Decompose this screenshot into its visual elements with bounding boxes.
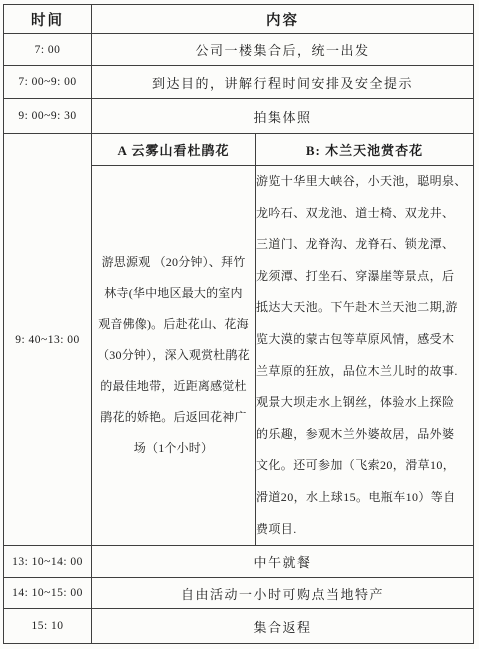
content-cell: 集合返程: [92, 609, 474, 644]
time-cell: 9: 00~9: 30: [4, 99, 92, 134]
option-b-description: 游览十华里大峡谷，小天池，聪明泉、 龙吟石、双龙池、道士椅、双龙井、 三道门、龙…: [256, 166, 474, 546]
itinerary-table: 时间 内容 7: 00 公司一楼集合后，统一出发 7: 00~9: 00 到达目…: [3, 4, 474, 644]
table-row: 9: 00~9: 30 拍集体照: [4, 99, 474, 134]
time-cell: 15: 10: [4, 609, 92, 644]
table-row: 13: 10~14: 00 中午就餐: [4, 546, 474, 578]
content-column-header: 内容: [92, 5, 474, 34]
time-cell: 13: 10~14: 00: [4, 546, 92, 578]
table-row: 14: 10~15: 00 自由活动一小时可购点当地特产: [4, 578, 474, 609]
table-row: 7: 00~9: 00 到达目的，讲解行程时间安排及安全提示: [4, 66, 474, 99]
itinerary-document-page: 时间 内容 7: 00 公司一楼集合后，统一出发 7: 00~9: 00 到达目…: [0, 0, 479, 649]
content-cell: 拍集体照: [92, 99, 474, 134]
content-cell: 公司一楼集合后，统一出发: [92, 34, 474, 66]
content-cell: 自由活动一小时可购点当地特产: [92, 578, 474, 609]
option-a-description: 游思源观 （20分钟）、拜竹 林寺(华中地区最大的室内 观音佛像)。后赴花山、花…: [92, 166, 256, 546]
content-cell: 到达目的，讲解行程时间安排及安全提示: [92, 66, 474, 99]
time-cell: 9: 40~13: 00: [4, 134, 92, 546]
table-header-row: 时间 内容: [4, 5, 474, 34]
time-cell: 14: 10~15: 00: [4, 578, 92, 609]
time-column-header: 时间: [4, 5, 92, 34]
time-cell: 7: 00~9: 00: [4, 66, 92, 99]
split-options-header-row: 9: 40~13: 00 A 云雾山看杜鹃花 B: 木兰天池赏杏花: [4, 134, 474, 166]
content-cell: 中午就餐: [92, 546, 474, 578]
option-b-title: B: 木兰天池赏杏花: [256, 134, 474, 166]
time-cell: 7: 00: [4, 34, 92, 66]
table-row: 7: 00 公司一楼集合后，统一出发: [4, 34, 474, 66]
option-a-title: A 云雾山看杜鹃花: [92, 134, 256, 166]
table-row: 15: 10 集合返程: [4, 609, 474, 644]
